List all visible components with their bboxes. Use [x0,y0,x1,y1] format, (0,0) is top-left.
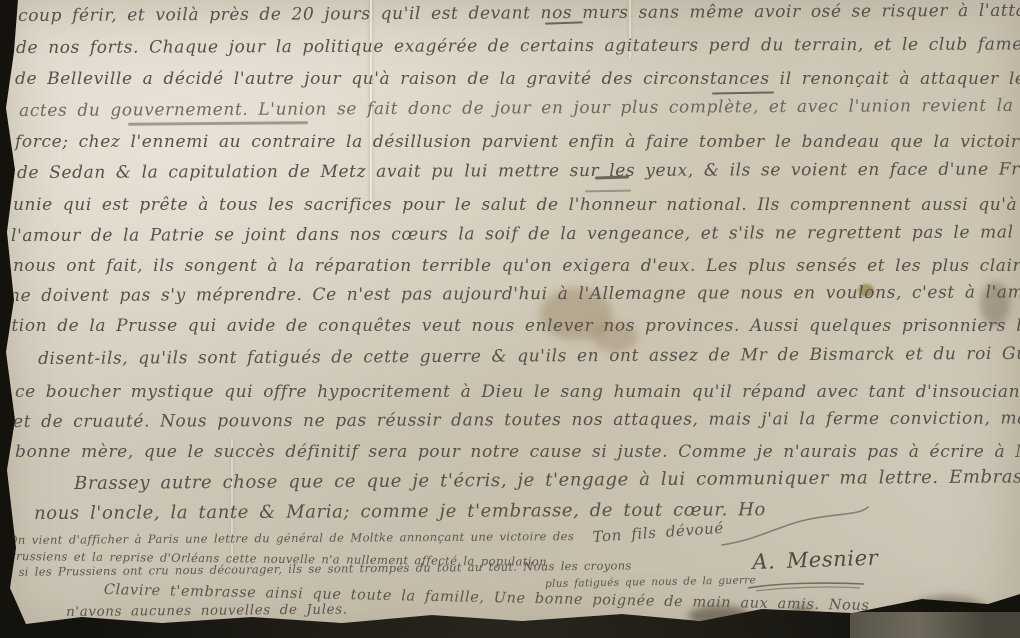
letter-line: Brassey autre chose que ce que je t'écri… [74,466,1020,494]
closing-farewell: Ton fils dévoué [592,519,724,546]
letter-line: actes du gouvernement. L'union se fait d… [19,96,1014,121]
postscript-line: On vient d'afficher à Paris une lettre d… [8,529,574,547]
letter-line: l'amour de la Patrie se joint dans nos c… [11,222,1020,246]
letter-line: force; chez l'ennemi au contraire la dés… [15,132,1020,152]
letter-page: coup férir, et voilà près de 20 jours qu… [0,0,1020,638]
letter-line: de nos forts. Chaque jour la politique e… [16,34,1020,58]
letter-line: bonne mère, que le succès définitif sera… [15,442,1020,462]
pen-flourish [720,505,870,549]
signature: A. Mesnier [752,546,879,574]
ink-strike [712,91,774,94]
postscript-line: plus fatigués que nous de la guerre [545,574,756,590]
ink-strike [545,21,583,24]
ink-strike [585,190,631,193]
letter-line: unie qui est prête à tous les sacrifices… [13,195,1017,215]
letter-line: coup férir, et voilà près de 20 jours qu… [18,1,1020,26]
letter-line: nous l'oncle, la tante & Maria; comme je… [34,499,766,524]
letter-line: disent-ils, qu'ils sont fatigués de cett… [38,343,1020,369]
postscript-line: n'avons aucunes nouvelles de Jules. [66,602,348,620]
signature-flourish [746,580,866,592]
letter-line: ne doivent pas s'y méprendre. Ce n'est p… [9,282,1020,306]
letter-line: de Sedan & la capitulation de Metz avait… [17,159,1020,183]
underlying-page-edge [850,612,1020,638]
letter-line: et de cruauté. Nous pouvons ne pas réuss… [13,408,1020,432]
letter-line: de Belleville a décidé l'autre jour qu'à… [15,69,1020,89]
letter-line: -tion de la Prusse qui avide de conquête… [5,316,1020,336]
letter-line: ce boucher mystique qui offre hypocritem… [15,382,1020,402]
letter-line: nous ont fait, ils songent à la réparati… [13,256,1020,276]
ink-strike [128,121,308,126]
